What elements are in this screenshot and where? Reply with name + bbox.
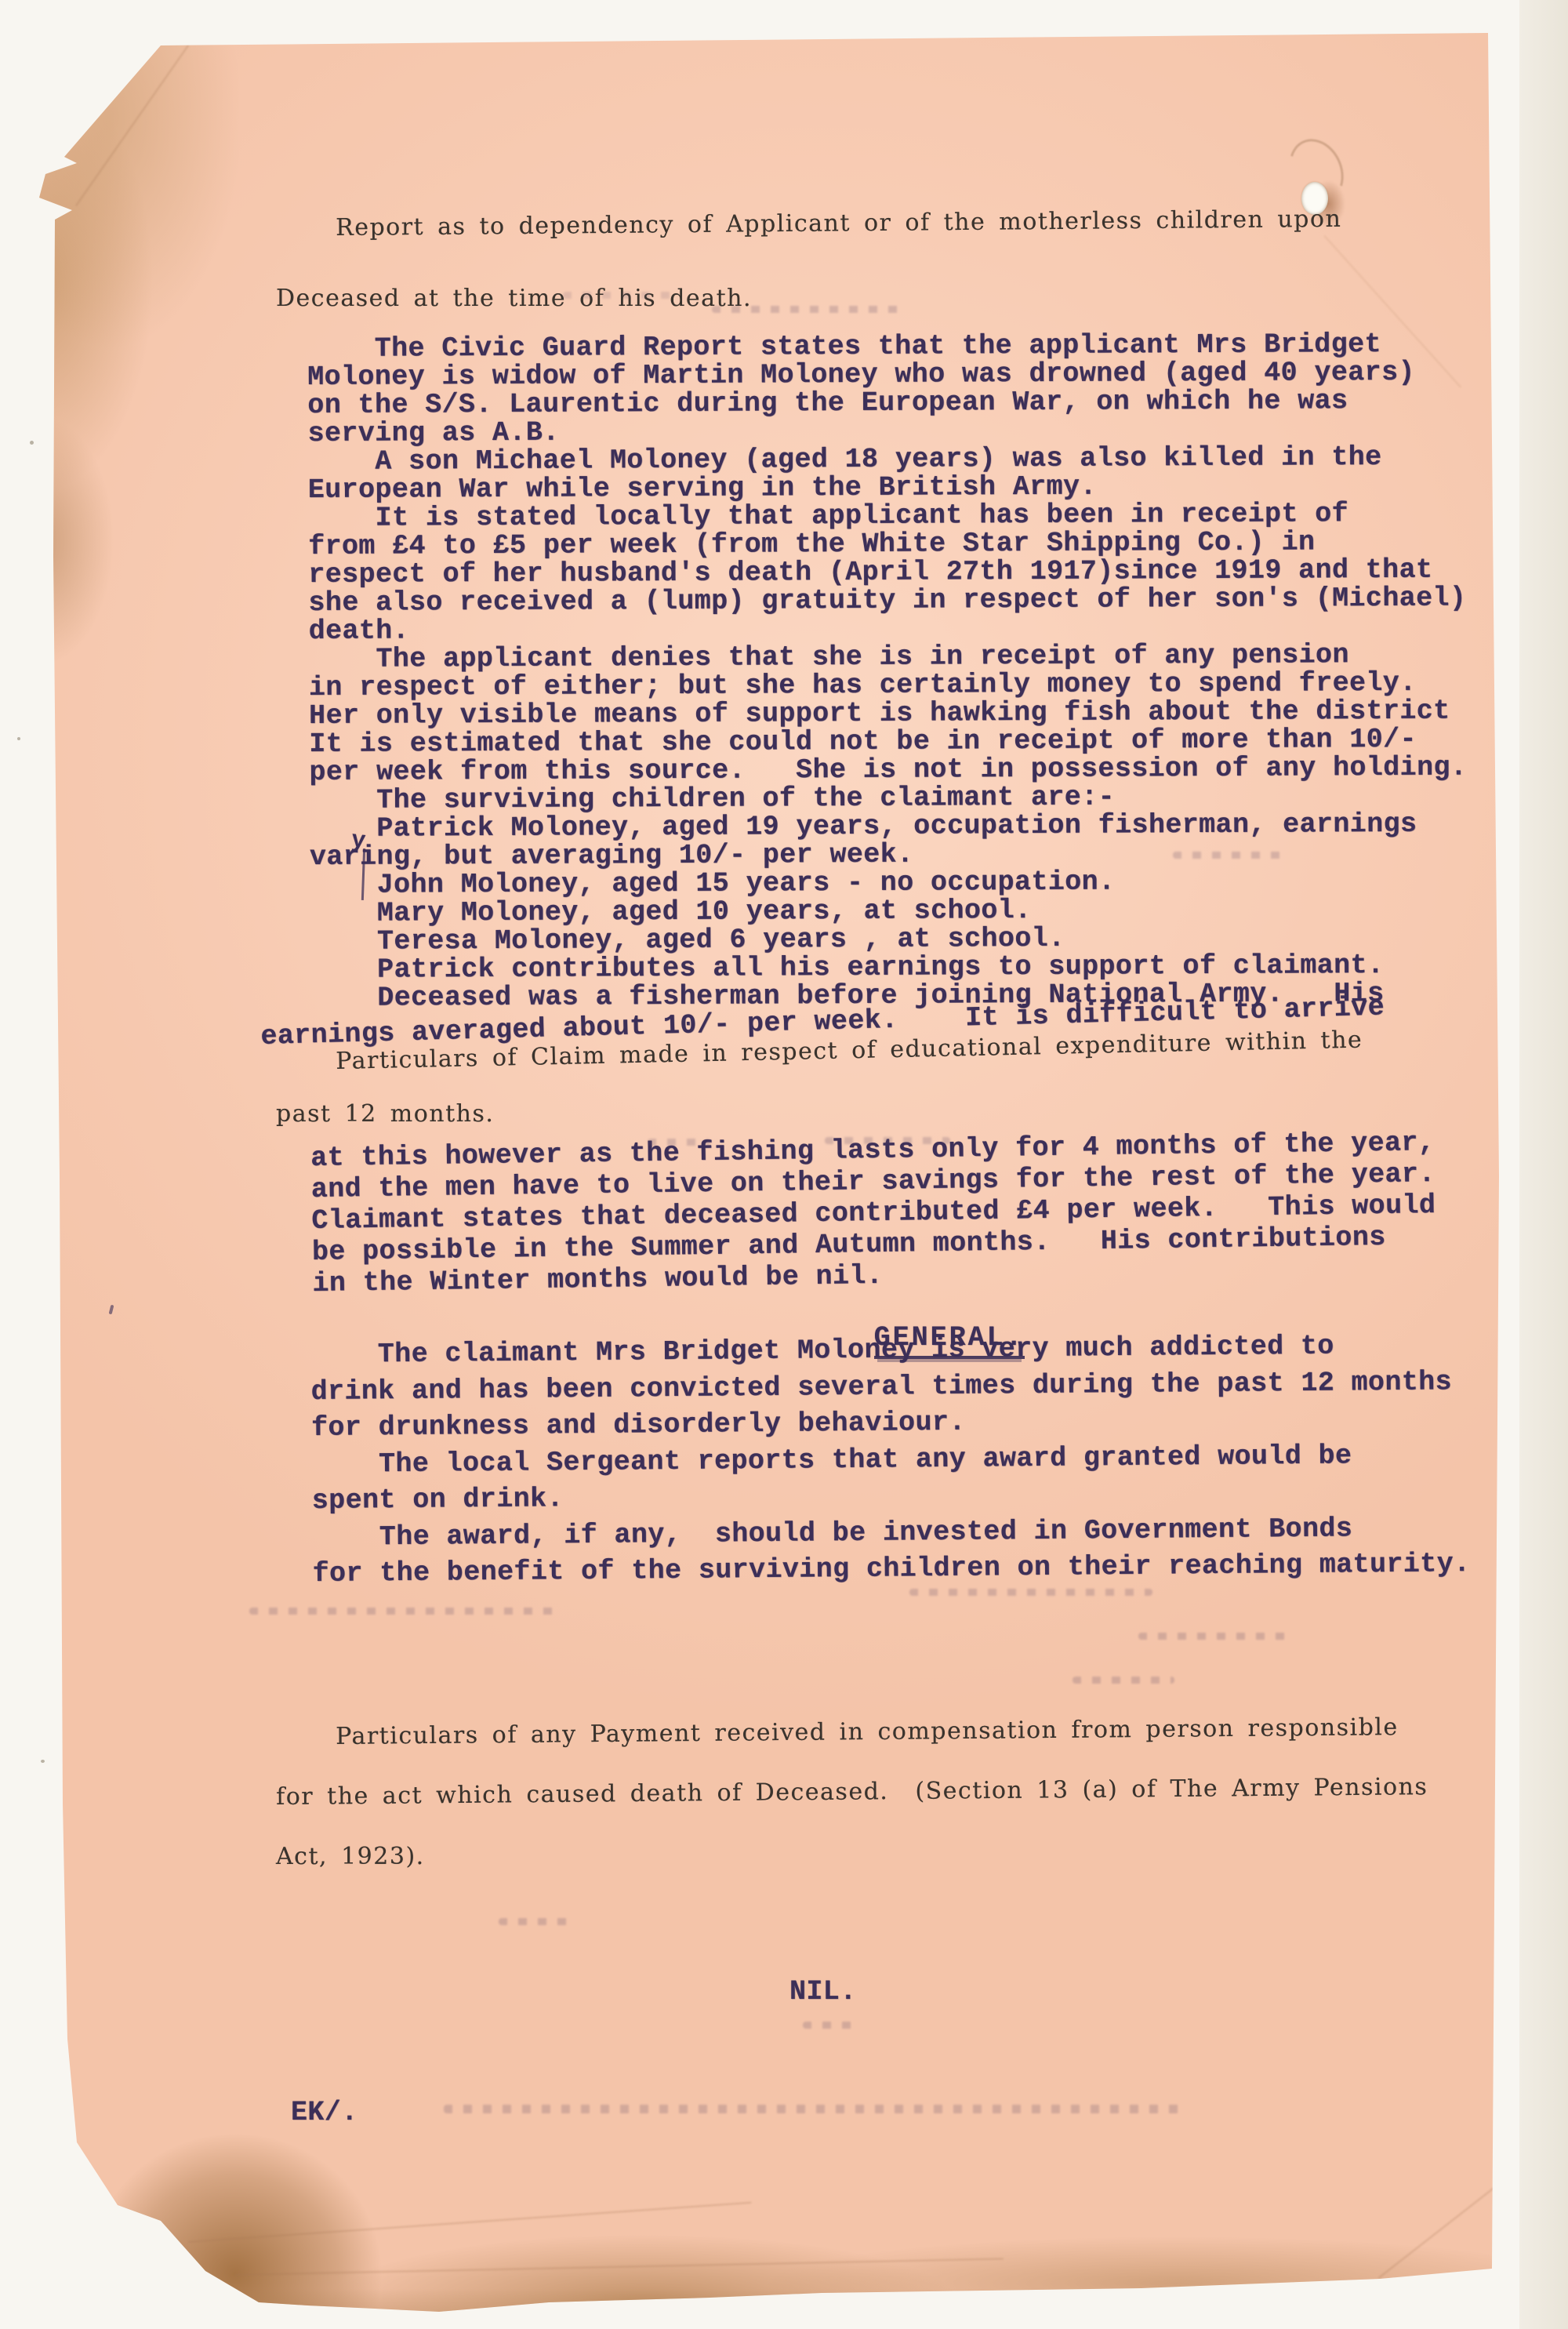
scanner-bed-edge xyxy=(1519,0,1568,2329)
printed-payment-heading-line3: Act, 1923). xyxy=(276,1844,425,1870)
crease-line xyxy=(235,2258,1004,2276)
paper-sheet: Report as to dependency of Applicant or … xyxy=(0,0,1568,2329)
bleed-through-smudge xyxy=(1138,1633,1287,1640)
printed-payment-heading-line2: for the act which caused death of Deceas… xyxy=(276,1774,1428,1811)
printed-education-heading-line2: past 12 months. xyxy=(276,1101,494,1128)
payment-answer: NIL. xyxy=(789,1978,857,2006)
dust-speck xyxy=(17,737,20,740)
dust-speck xyxy=(30,441,34,445)
general-paragraph: The claimant Mrs Bridget Moloney is very… xyxy=(310,1327,1471,1592)
fishing-paragraph: at this however as the fishing lasts onl… xyxy=(310,1127,1437,1299)
bleed-through-smudge xyxy=(1173,852,1283,859)
stray-ink-tick xyxy=(109,1305,114,1315)
printed-payment-heading-line1: Particulars of any Payment received in c… xyxy=(336,1714,1399,1750)
civic-guard-report-paragraph: The Civic Guard Report states that the a… xyxy=(307,330,1468,1012)
printed-heading-line2: Deceased at the time of his death. xyxy=(276,285,752,312)
bleed-through-smudge xyxy=(648,1139,710,1146)
bleed-through-smudge xyxy=(499,1918,577,1925)
bleed-through-smudge xyxy=(1073,1677,1174,1684)
typist-initials: EK/. xyxy=(291,2098,358,2127)
bleed-through-smudge xyxy=(909,1589,1152,1596)
bleed-through-smudge xyxy=(803,2022,858,2029)
crease-line xyxy=(1378,2185,1497,2279)
bleed-through-smudge xyxy=(712,306,908,313)
bleed-through-smudge xyxy=(249,1608,555,1615)
crease-line xyxy=(188,2202,751,2243)
bleed-through-smudge xyxy=(444,2105,1189,2113)
printed-heading-line1: Report as to dependency of Applicant or … xyxy=(336,206,1341,242)
bleed-through-smudge xyxy=(563,292,681,299)
crease-line xyxy=(75,45,189,206)
bleed-through-smudge xyxy=(825,1137,950,1144)
dust-speck xyxy=(41,1760,45,1763)
